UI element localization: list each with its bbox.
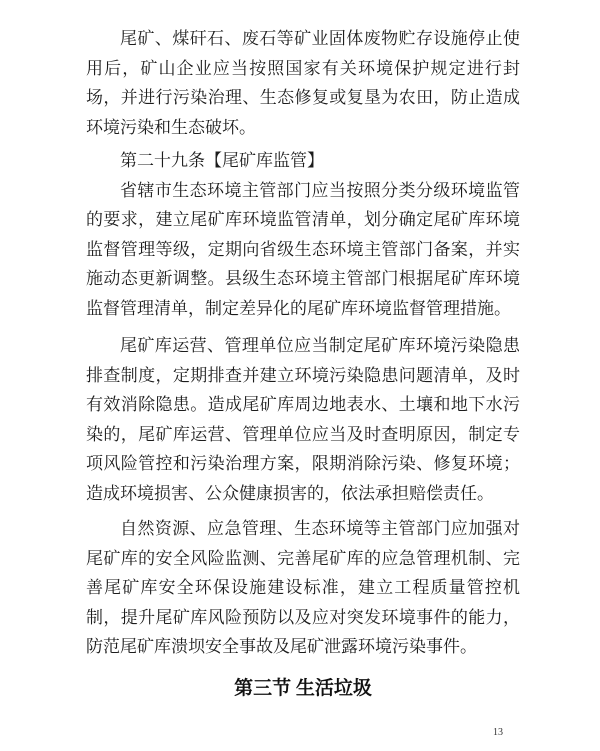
- paragraph-departments-duties: 自然资源、应急管理、生态环境等主管部门应加强对尾矿库的安全风险监测、完善尾矿库的…: [86, 514, 520, 662]
- paragraph-mine-solid-waste: 尾矿、煤矸石、废石等矿业固体废物贮存设施停止使用后，矿山企业应当按照国家有关环境…: [86, 24, 520, 142]
- paragraph-supervision-list: 省辖市生态环境主管部门应当按照分类分级环境监管的要求，建立尾矿库环境监管清单，划…: [86, 176, 520, 324]
- page-number: 13: [493, 727, 503, 738]
- document-page: 尾矿、煤矸石、废石等矿业固体废物贮存设施停止使用后，矿山企业应当按照国家有关环境…: [0, 0, 600, 751]
- paragraph-hazard-inspection: 尾矿库运营、管理单位应当制定尾矿库环境污染隐患排查制度，定期排查并建立环境污染隐…: [86, 331, 520, 508]
- section-3-heading: 第三节 生活垃圾: [86, 674, 520, 704]
- document-body: 尾矿、煤矸石、废石等矿业固体废物贮存设施停止使用后，矿山企业应当按照国家有关环境…: [86, 24, 520, 703]
- article-29-heading: 第二十九条【尾矿库监管】: [86, 146, 520, 176]
